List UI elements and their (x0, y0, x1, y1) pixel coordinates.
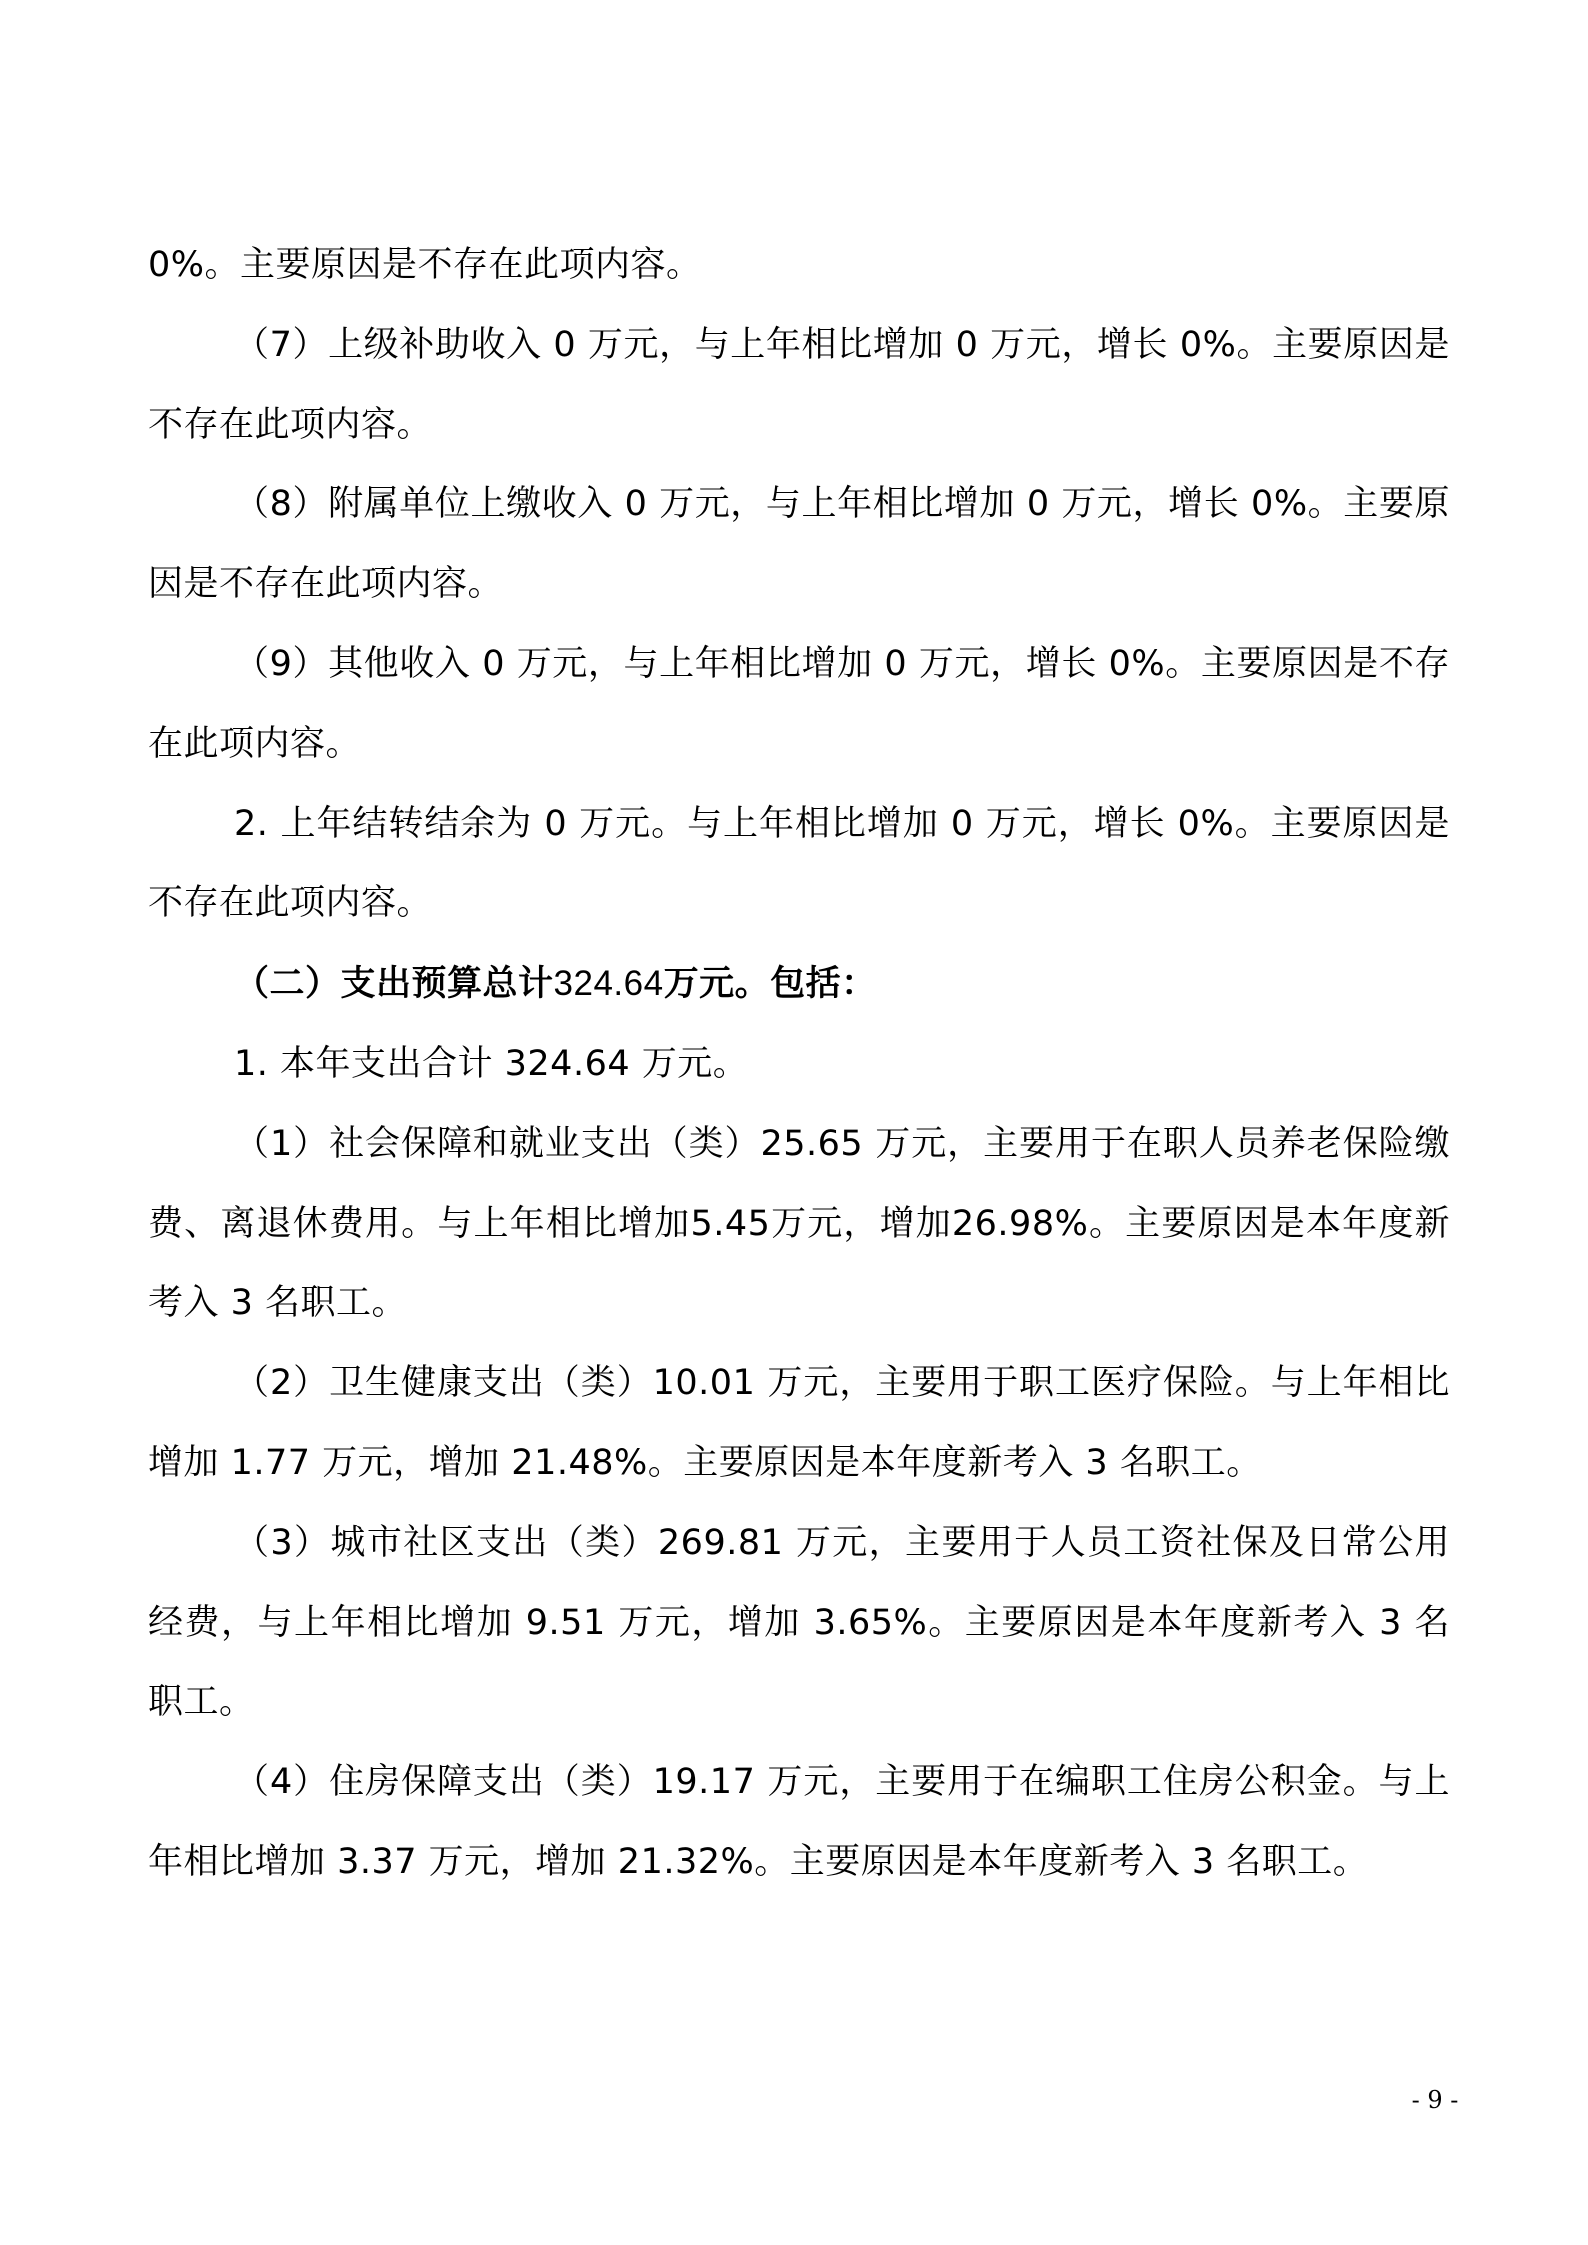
paragraph-affiliated-unit-income: （8）附属单位上缴收入 0 万元，与上年相比增加 0 万元，增长 0%。主要原因… (148, 465, 1450, 625)
page-number: - 9 - (1400, 2085, 1470, 2115)
paragraph-prior-year-carryover: 2. 上年结转结余为 0 万元。与上年相比增加 0 万元，增长 0%。主要原因是… (148, 785, 1450, 945)
section-heading-expenditure-budget: （二）支出预算总计324.64万元。包括： (148, 944, 1450, 1025)
paragraph-health-expenditure: （2）卫生健康支出（类）10.01 万元，主要用于职工医疗保险。与上年相比增加 … (148, 1344, 1450, 1504)
paragraph-other-income: （9）其他收入 0 万元，与上年相比增加 0 万元，增长 0%。主要原因是不存在… (148, 625, 1450, 785)
paragraph-expenditure-total: 1. 本年支出合计 324.64 万元。 (148, 1025, 1450, 1105)
document-page: 0%。主要原因是不存在此项内容。 （7）上级补助收入 0 万元，与上年相比增加 … (148, 226, 1450, 1903)
paragraph-continuation: 0%。主要原因是不存在此项内容。 (148, 226, 1450, 306)
paragraph-urban-community-expenditure: （3）城市社区支出（类）269.81 万元，主要用于人员工资社保及日常公用经费，… (148, 1504, 1450, 1743)
paragraph-housing-expenditure: （4）住房保障支出（类）19.17 万元，主要用于在编职工住房公积金。与上年相比… (148, 1743, 1450, 1903)
heading-prefix: （二）支出预算总计 (234, 964, 554, 1004)
paragraph-superior-subsidy-income: （7）上级补助收入 0 万元，与上年相比增加 0 万元，增长 0%。主要原因是不… (148, 306, 1450, 466)
paragraph-social-security-expenditure: （1）社会保障和就业支出（类）25.65 万元，主要用于在职人员养老保险缴费、离… (148, 1105, 1450, 1344)
heading-suffix: 万元。包括： (664, 964, 877, 1004)
heading-amount: 324.64 (554, 964, 664, 1003)
